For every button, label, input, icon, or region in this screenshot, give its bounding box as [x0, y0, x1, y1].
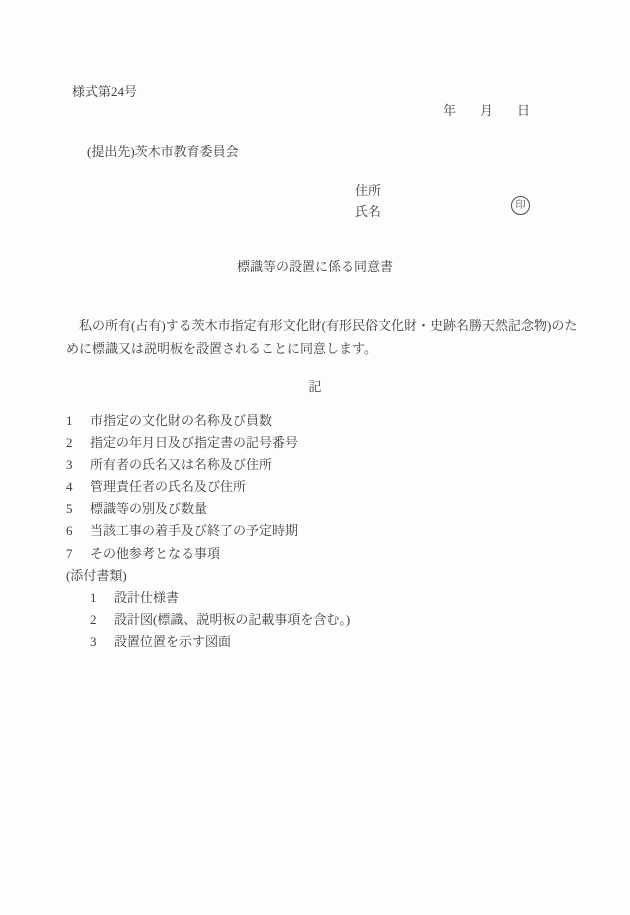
day-label: 日	[517, 100, 530, 119]
document-title: 標識等の設置に係る同意書	[0, 256, 630, 275]
record-marker: 記	[0, 376, 630, 395]
item-number: 1	[90, 587, 114, 609]
item-text: 標識等の別及び数量	[90, 498, 207, 520]
item-text: 管理責任者の氏名及び住所	[90, 476, 246, 498]
item-number: 5	[66, 498, 90, 520]
item-number: 2	[90, 609, 114, 631]
list-item: 6 当該工事の着手及び終了の予定時期	[66, 520, 350, 542]
item-number: 6	[66, 520, 90, 542]
list-item: 3 所有者の氏名又は名称及び住所	[66, 454, 350, 476]
body-line: 私の所有(占有)する茨木市指定有形文化財(有形民俗文化財・史跡名勝天然記念物)の…	[66, 315, 577, 338]
name-label: 氏名	[355, 201, 381, 220]
item-number: 1	[66, 410, 90, 432]
itemized-list: 1 市指定の文化財の名称及び員数 2 指定の年月日及び指定書の記号番号 3 所有…	[66, 410, 350, 653]
month-label: 月	[480, 100, 493, 119]
attachment-item: 3 設置位置を示す図面	[90, 631, 350, 653]
seal-character: 印	[516, 201, 526, 211]
item-text: 設計図(標識、説明板の記載事項を含む。)	[114, 609, 350, 631]
date-line: 年 月 日	[443, 100, 530, 119]
body-line: めに標識又は説明板を設置されることに同意します。	[66, 338, 577, 361]
item-number: 3	[66, 454, 90, 476]
item-text: 設置位置を示す図面	[114, 631, 231, 653]
item-number: 3	[90, 631, 114, 653]
document-page: 様式第24号 年 月 日 (提出先)茨木市教育委員会 住所 氏名 印 標識等の設…	[0, 0, 630, 915]
address-label: 住所	[355, 180, 381, 199]
attachment-item: 2 設計図(標識、説明板の記載事項を含む。)	[90, 609, 350, 631]
year-label: 年	[443, 100, 456, 119]
item-text: その他参考となる事項	[90, 543, 220, 565]
item-text: 設計仕様書	[114, 587, 179, 609]
attachment-item: 1 設計仕様書	[90, 587, 350, 609]
item-text: 当該工事の着手及び終了の予定時期	[90, 520, 298, 542]
attachments-header-text: (添付書類)	[66, 565, 127, 587]
list-item: 4 管理責任者の氏名及び住所	[66, 476, 350, 498]
item-number: 4	[66, 476, 90, 498]
item-number: 2	[66, 432, 90, 454]
recipient-line: (提出先)茨木市教育委員会	[87, 141, 239, 160]
item-text: 指定の年月日及び指定書の記号番号	[90, 432, 298, 454]
item-text: 所有者の氏名又は名称及び住所	[90, 454, 272, 476]
list-item: 2 指定の年月日及び指定書の記号番号	[66, 432, 350, 454]
form-number: 様式第24号	[72, 81, 137, 100]
list-item: 1 市指定の文化財の名称及び員数	[66, 410, 350, 432]
list-item: 7 その他参考となる事項	[66, 543, 350, 565]
body-paragraph: 私の所有(占有)する茨木市指定有形文化財(有形民俗文化財・史跡名勝天然記念物)の…	[66, 315, 577, 360]
item-number: 7	[66, 543, 90, 565]
list-item: 5 標識等の別及び数量	[66, 498, 350, 520]
item-text: 市指定の文化財の名称及び員数	[90, 410, 272, 432]
seal-icon: 印	[511, 196, 530, 215]
attachments-header: (添付書類)	[66, 565, 350, 587]
